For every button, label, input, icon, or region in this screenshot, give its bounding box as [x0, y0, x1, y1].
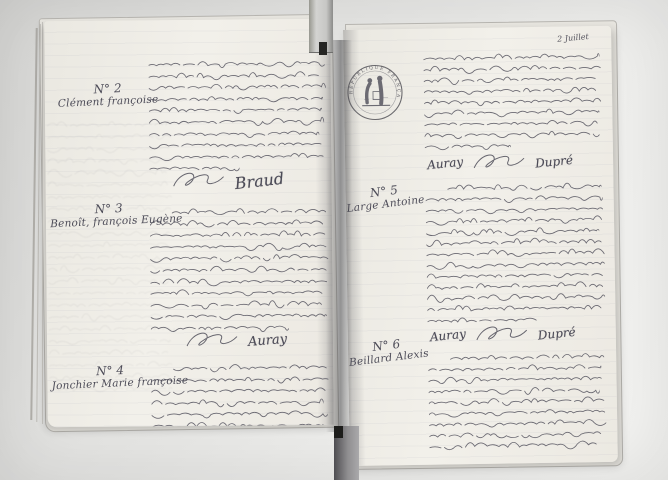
handwriting-paragraph	[149, 55, 328, 172]
signature-name: Auray	[426, 155, 463, 173]
handwriting-line	[425, 136, 603, 150]
signature-name: Braud	[234, 168, 285, 192]
signature-row: Braud	[172, 169, 285, 192]
handwriting-line	[429, 436, 607, 450]
signature-flourish	[172, 170, 226, 192]
signature-row: AurayDupré	[427, 150, 573, 174]
stamp-figures	[362, 76, 390, 106]
signature-row: Auray	[185, 329, 287, 352]
margin-act-entry: N° 5Large Antoine	[344, 181, 424, 215]
signature-row: AurayDupré	[430, 322, 576, 346]
signature-name: Dupré	[535, 153, 574, 171]
binding-bottom-notch	[334, 426, 343, 438]
signature-name: Auray	[429, 327, 466, 345]
handwriting-paragraph	[151, 359, 330, 427]
right-body-column: AurayDupréAurayDupré	[423, 26, 608, 465]
handwriting-paragraph	[425, 178, 605, 324]
handwriting-paragraph	[428, 348, 608, 450]
signature-flourish	[185, 330, 239, 352]
right-page: RÉPUBLIQUE FRANÇAISE N° 5Large AntoineN°…	[343, 26, 618, 466]
page-stack-edge	[42, 22, 43, 424]
official-round-stamp: RÉPUBLIQUE FRANÇAISE	[346, 63, 405, 122]
handwriting-paragraph	[423, 48, 603, 150]
right-margin-column: RÉPUBLIQUE FRANÇAISE N° 5Large AntoineN°…	[343, 29, 428, 466]
handwriting-paragraph	[150, 203, 329, 332]
binding-top-notch	[319, 42, 327, 55]
binding-gutter-shadow	[326, 40, 352, 432]
left-body-column: BraudAuray	[148, 19, 330, 427]
signature-flourish	[475, 323, 529, 346]
margin-act-entry: N° 6Beillard Alexis	[347, 335, 427, 369]
handwriting-line	[427, 310, 605, 324]
signature-name: Dupré	[537, 325, 576, 343]
signature-name: Auray	[247, 331, 287, 349]
photo-of-register: N° 2Clément françoiseN° 3Benoît, françoi…	[0, 0, 668, 480]
left-page: N° 2Clément françoiseN° 3Benoît, françoi…	[44, 19, 334, 427]
signature-flourish	[472, 151, 526, 174]
